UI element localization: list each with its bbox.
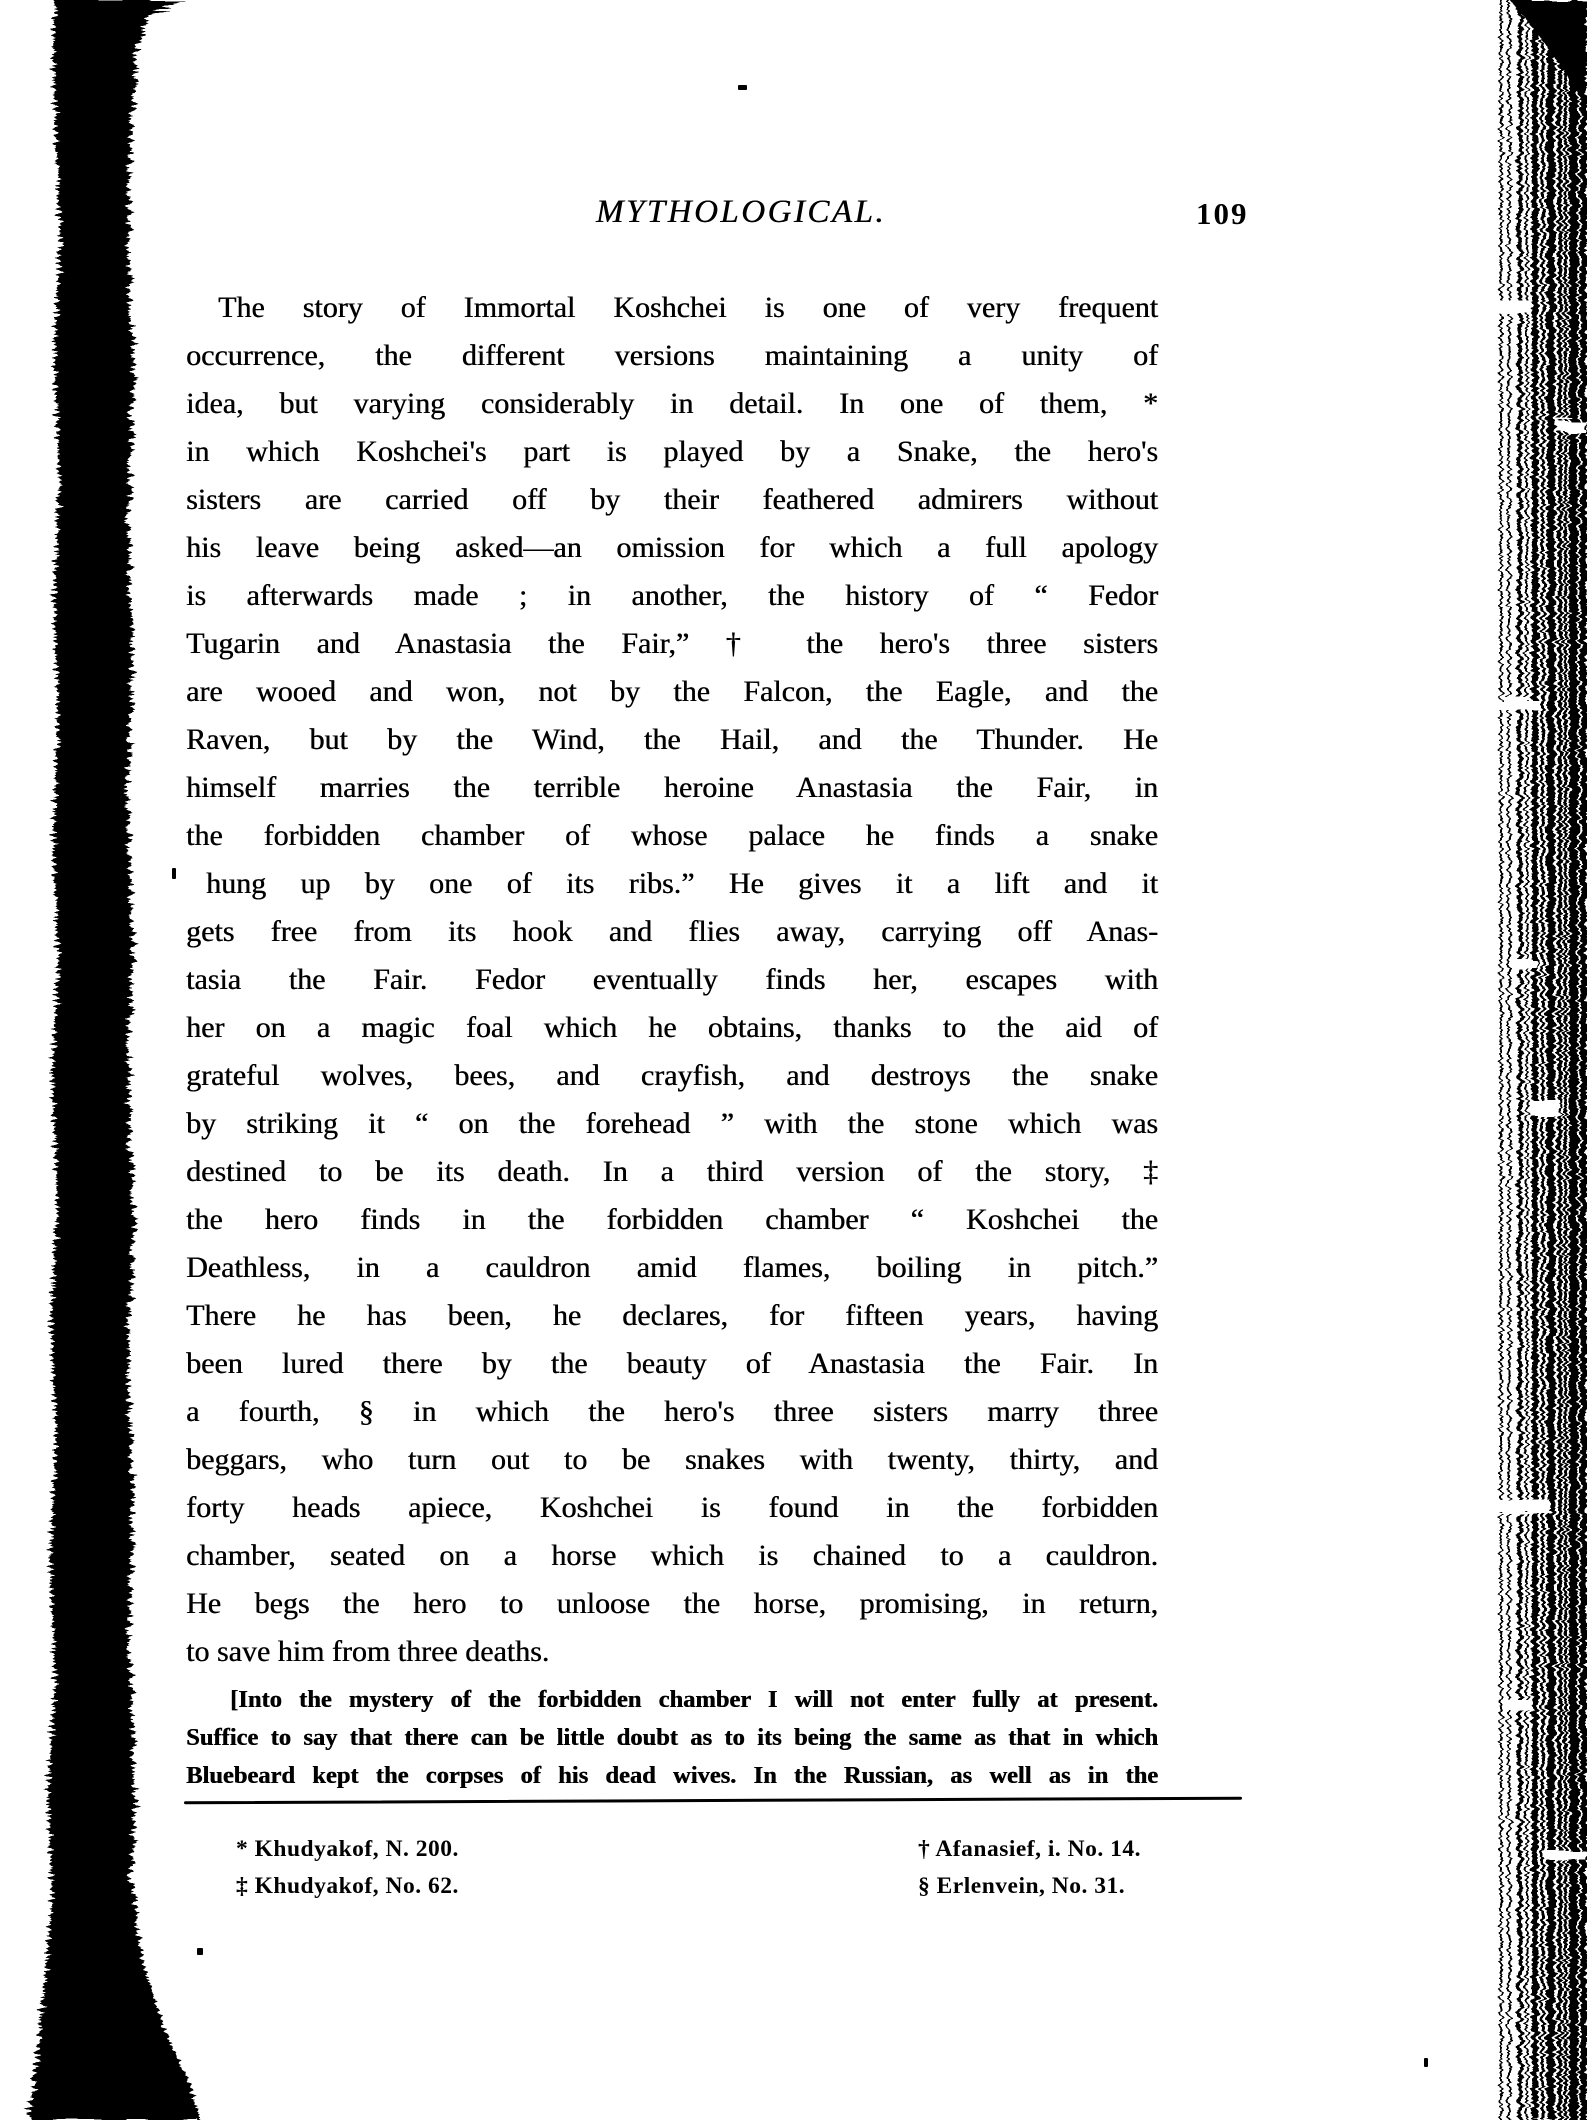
text-line: the forbidden chamber of whose palace he…: [186, 812, 1158, 860]
text-line: her on a magic foal which he obtains, th…: [186, 1004, 1158, 1052]
footnote-item: * Khudyakof, N. 200.: [236, 1831, 459, 1868]
footnotes-left-column: * Khudyakof, N. 200. ‡ Khudyakof, No. 62…: [236, 1831, 459, 1905]
text-line: been lured there by the beauty of Anasta…: [186, 1340, 1158, 1388]
text-line: Deathless, in a cauldron amid flames, bo…: [186, 1244, 1158, 1292]
text-line: to save him from three deaths.: [186, 1628, 1158, 1676]
page-edges-streaks: [1467, 0, 1587, 2120]
text-line: a fourth, § in which the hero's three si…: [186, 1388, 1158, 1436]
text-line: Tugarin and Anastasia the Fair,” † the h…: [186, 620, 1158, 668]
running-title: MYTHOLOGICAL.: [555, 194, 927, 231]
footnote-item: § Erlenvein, No. 31.: [918, 1868, 1141, 1905]
footnote-item: † Afanasief, i. No. 14.: [918, 1831, 1141, 1868]
note-line: [Into the mystery of the forbidden chamb…: [186, 1681, 1158, 1719]
text-line: is afterwards made ; in another, the his…: [186, 572, 1158, 620]
footnotes-right-column: † Afanasief, i. No. 14. § Erlenvein, No.…: [918, 1831, 1141, 1905]
text-line: himself marries the terrible heroine Ana…: [186, 764, 1158, 812]
text-line: hung up by one of its ribs.” He gives it…: [186, 860, 1158, 908]
text-line: his leave being asked—an omission for wh…: [186, 524, 1158, 572]
text-line: the hero finds in the forbidden chamber …: [186, 1196, 1158, 1244]
text-line: tasia the Fair. Fedor eventually finds h…: [186, 956, 1158, 1004]
text-line: beggars, who turn out to be snakes with …: [186, 1436, 1158, 1484]
ink-speck: [197, 1948, 203, 1955]
text-line: in which Koshchei's part is played by a …: [186, 428, 1158, 476]
text-line: There he has been, he declares, for fift…: [186, 1292, 1158, 1340]
text-line: gets free from its hook and flies away, …: [186, 908, 1158, 956]
footnote-divider: [184, 1797, 1242, 1805]
text-line: Raven, but by the Wind, the Hail, and th…: [186, 716, 1158, 764]
text-line: are wooed and won, not by the Falcon, th…: [186, 668, 1158, 716]
text-line: destined to be its death. In a third ver…: [186, 1148, 1158, 1196]
footnote-item: ‡ Khudyakof, No. 62.: [236, 1868, 459, 1905]
text-line: He begs the hero to unloose the horse, p…: [186, 1580, 1158, 1628]
text-line: sisters are carried off by their feather…: [186, 476, 1158, 524]
text-line: occurrence, the different versions maint…: [186, 332, 1158, 380]
ink-speck: [172, 868, 176, 879]
editorial-note: [Into the mystery of the forbidden chamb…: [186, 1681, 1158, 1795]
scanned-book-page: MYTHOLOGICAL. 109 The story of Immortal …: [0, 0, 1587, 2120]
text-line: grateful wolves, bees, and crayfish, and…: [186, 1052, 1158, 1100]
ink-speck: [738, 85, 747, 90]
ink-speck: [1424, 2058, 1428, 2067]
text-line: by striking it “ on the forehead ” with …: [186, 1100, 1158, 1148]
page-number: 109: [1196, 196, 1249, 232]
body-text: The story of Immortal Koshchei is one of…: [186, 284, 1158, 1676]
text-line: forty heads apiece, Koshchei is found in…: [186, 1484, 1158, 1532]
text-line: The story of Immortal Koshchei is one of…: [186, 284, 1158, 332]
text-line: idea, but varying considerably in detail…: [186, 380, 1158, 428]
text-line: chamber, seated on a horse which is chai…: [186, 1532, 1158, 1580]
note-line: Bluebeard kept the corpses of his dead w…: [186, 1757, 1158, 1795]
note-line: Suffice to say that there can be little …: [186, 1719, 1158, 1757]
